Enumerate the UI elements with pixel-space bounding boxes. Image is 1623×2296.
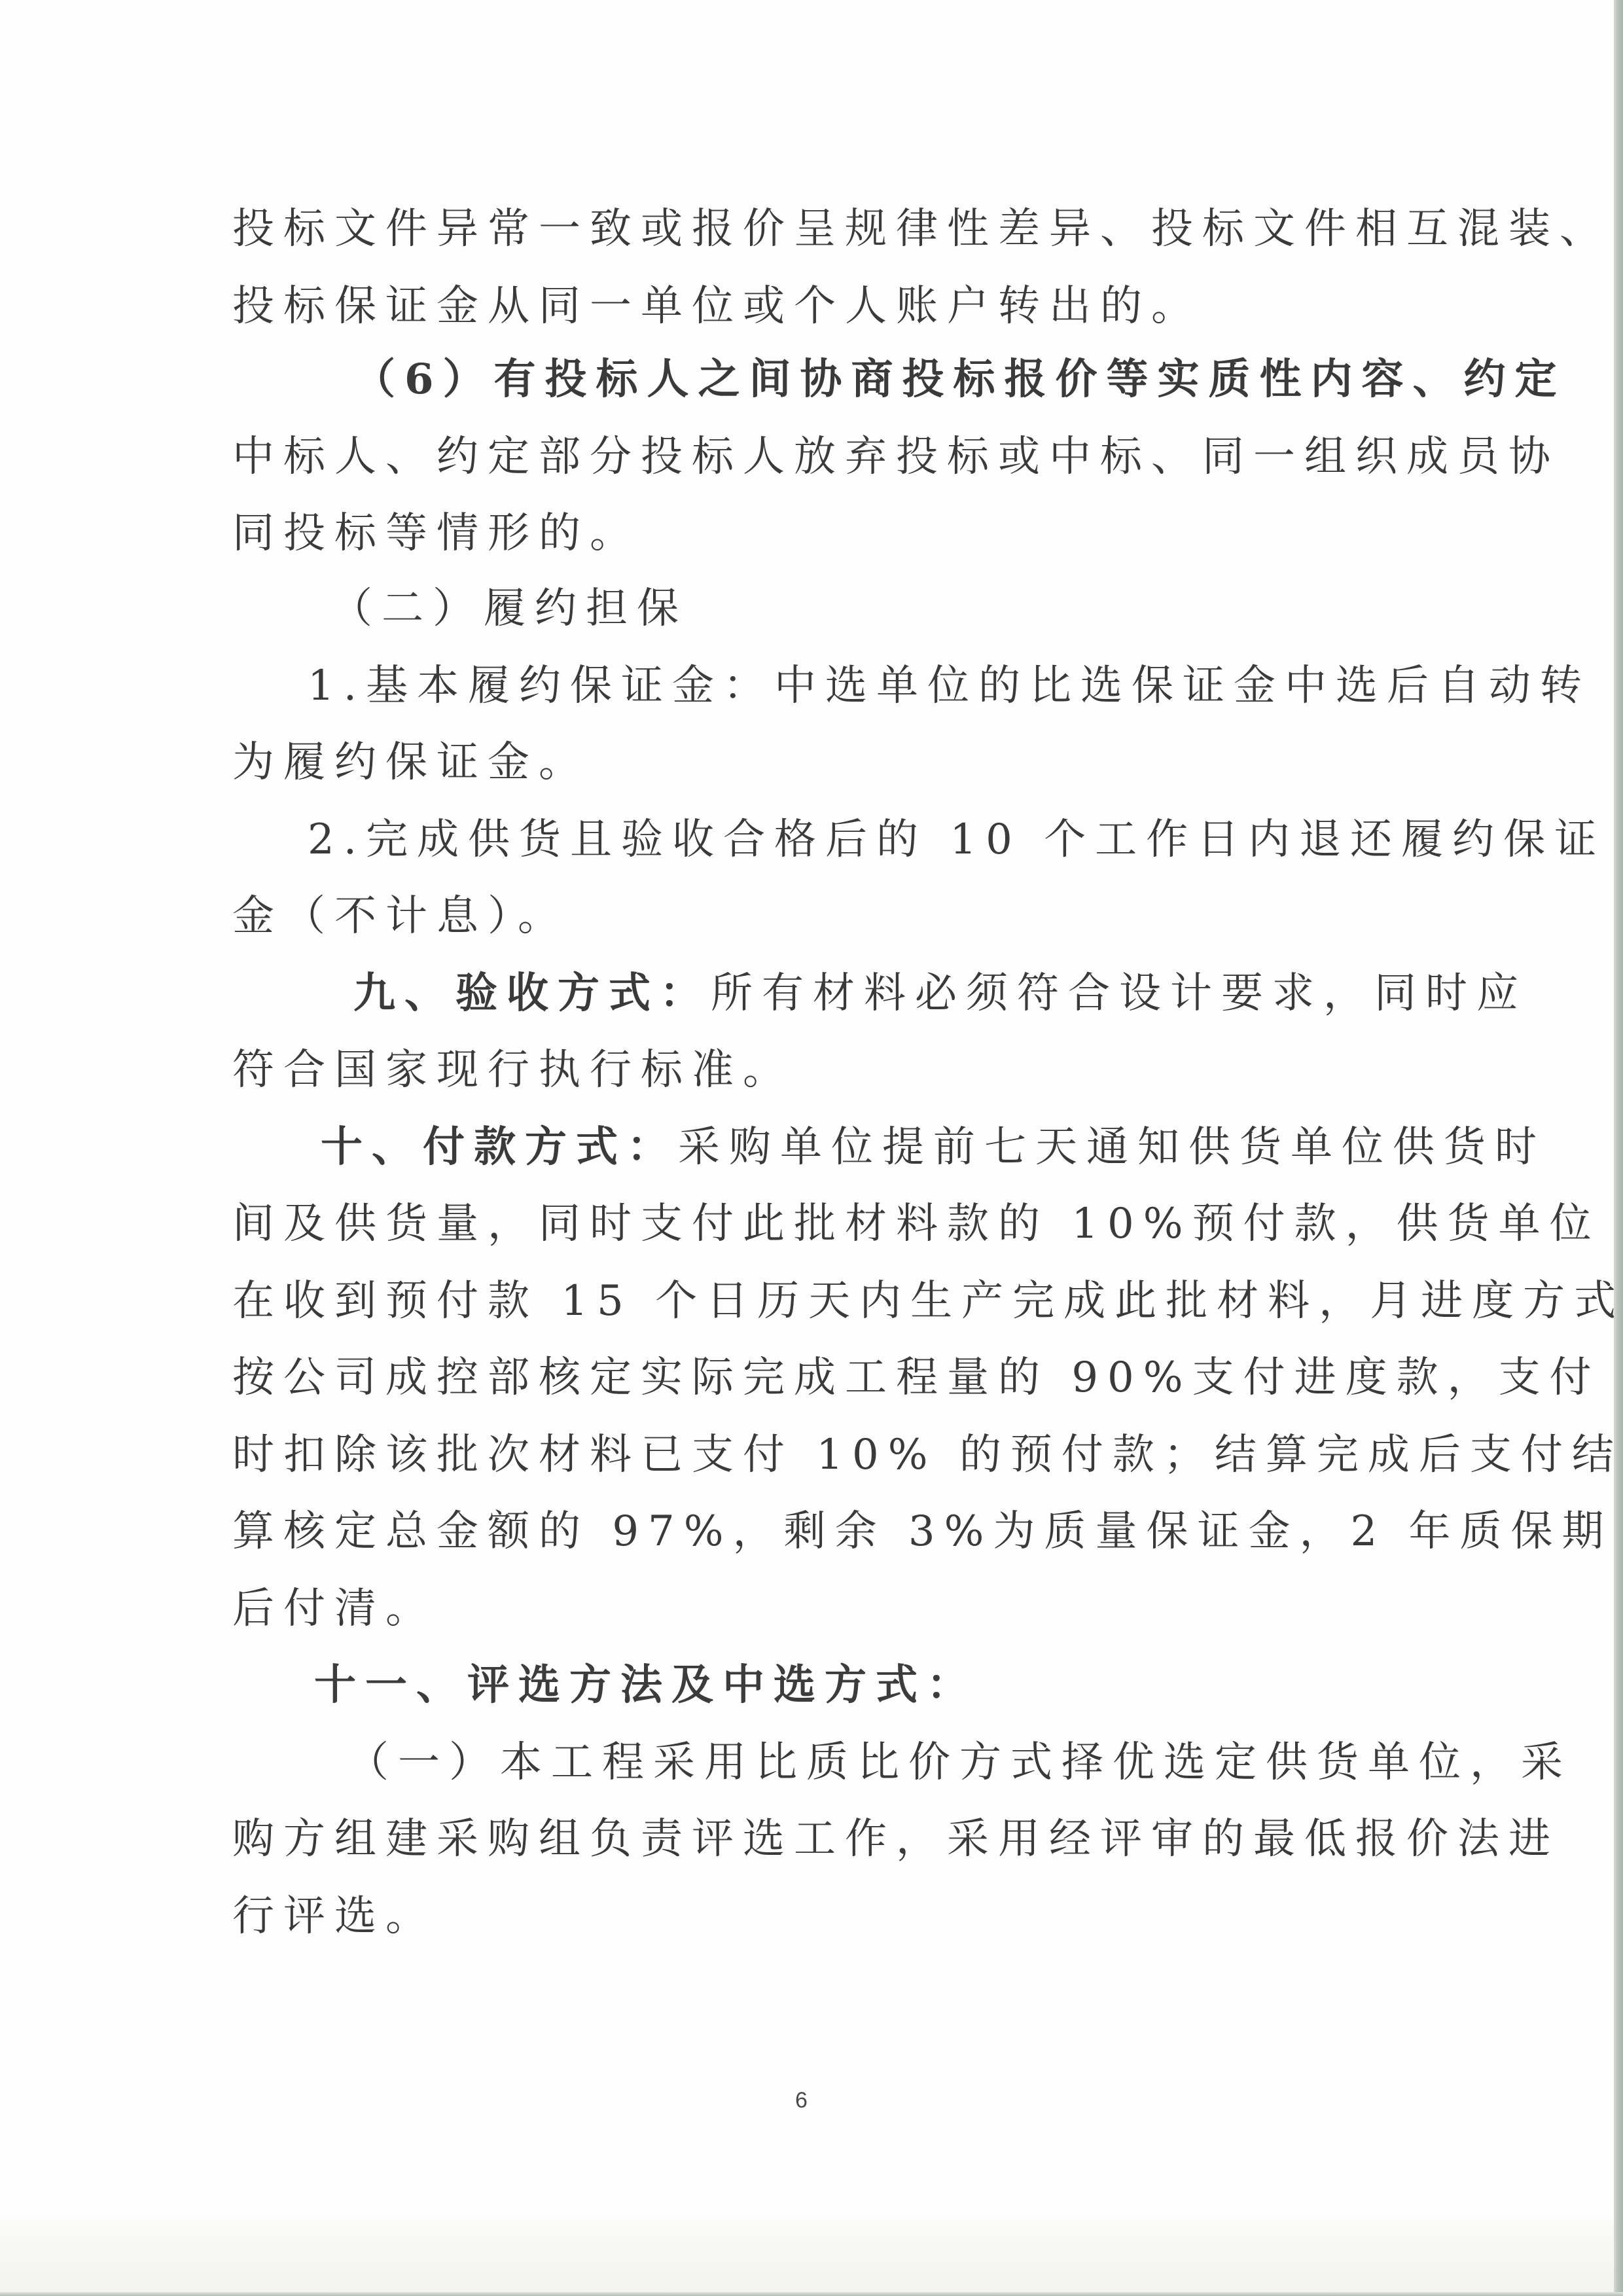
acceptance-text: 所有材料必须符合设计要求，同时应 <box>711 969 1527 1018</box>
guarantee-item-2-line: 2.完成供货且验收合格后的 10 个工作日内退还履约保证 <box>308 814 1368 866</box>
paragraph-line: 间及供货量，同时支付此批材料款的 10%预付款，供货单位 <box>232 1198 1368 1250</box>
paragraph-line: 符合国家现行执行标准。 <box>232 1044 794 1096</box>
paragraph-line: 在收到预付款 15 个日历天内生产完成此批材料，月进度方式 <box>232 1275 1368 1327</box>
paragraph-line: 同投标等情形的。 <box>232 507 641 560</box>
paragraph-line: 为履约保证金。 <box>232 736 590 789</box>
clause-6-line: （6）有投标人之间协商投标报价等实质性内容、约定 <box>353 353 1368 406</box>
paragraph-line: 行评选。 <box>232 1890 437 1943</box>
paragraph-line: 购方组建采购组负责评选工作，采用经评审的最低报价法进 <box>232 1813 1368 1865</box>
scan-edge-bottom <box>0 2292 1623 2296</box>
payment-heading: 十、付款方式： <box>321 1123 678 1172</box>
section-heading-performance-guarantee: （二）履约担保 <box>330 583 688 635</box>
paragraph-line: 中标人、约定部分投标人放弃投标或中标、同一组织成员协 <box>232 431 1368 483</box>
paragraph-line: 投标保证金从同一单位或个人账户转出的。 <box>232 280 1202 332</box>
section-heading-evaluation: 十一、评选方法及中选方式： <box>314 1659 978 1712</box>
page-number: 6 <box>795 2088 808 2113</box>
payment-text: 采购单位提前七天通知供货单位供货时 <box>678 1123 1546 1172</box>
paragraph-line: 按公司成控部核定实际完成工程量的 90%支付进度款，支付 <box>232 1352 1368 1404</box>
paragraph-line: 时扣除该批次材料已支付 10% 的预付款；结算完成后支付结 <box>232 1429 1368 1481</box>
payment-line: 十、付款方式：采购单位提前七天通知供货单位供货时 <box>321 1121 1368 1174</box>
paragraph-line: 投标文件异常一致或报价呈规律性差异、投标文件相互混装、 <box>232 203 1368 255</box>
paragraph-line: 算核定总金额的 97%，剩余 3%为质量保证金，2 年质保期满 <box>232 1505 1368 1558</box>
scan-edge-right <box>1614 0 1623 2296</box>
paragraph-line: 后付清。 <box>232 1583 437 1635</box>
paragraph-line: 金（不计息）。 <box>232 890 569 942</box>
acceptance-heading: 九、验收方式： <box>353 969 711 1018</box>
acceptance-line: 九、验收方式：所有材料必须符合设计要求，同时应 <box>353 967 1348 1020</box>
evaluation-item-1-line: （一）本工程采用比质比价方式择优选定供货单位，采 <box>347 1736 1368 1789</box>
guarantee-item-1-line: 1.基本履约保证金：中选单位的比选保证金中选后自动转 <box>308 660 1368 712</box>
document-page: 投标文件异常一致或报价呈规律性差异、投标文件相互混装、 投标保证金从同一单位或个… <box>0 0 1623 2296</box>
